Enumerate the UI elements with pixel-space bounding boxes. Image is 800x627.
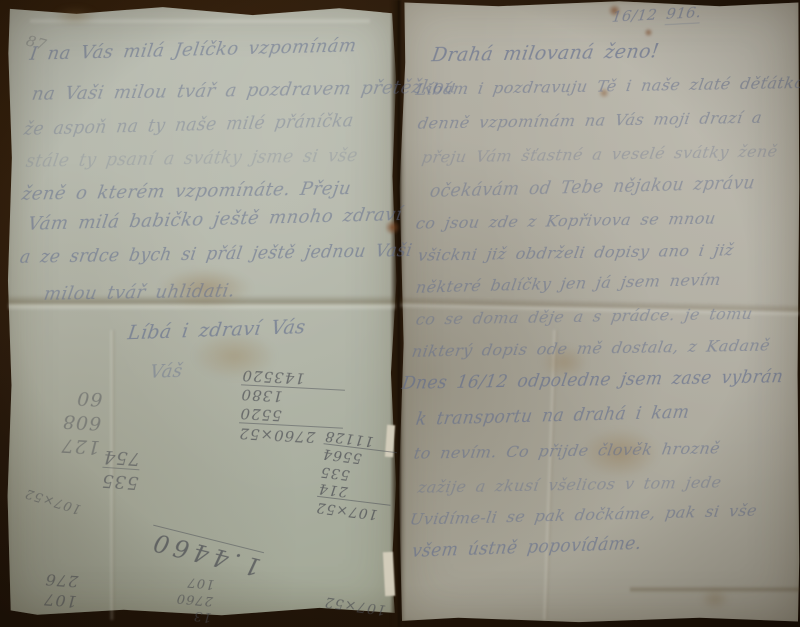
stain — [700, 588, 730, 610]
handwriting-line: Drahá milovaná ženo! — [430, 40, 661, 66]
calc-mult-107: 107×52214535556411128 — [315, 426, 399, 524]
calc-line: 754 — [102, 445, 141, 470]
calc-left-faded: 12760860 — [60, 385, 103, 458]
calc-line: 276 — [44, 569, 79, 591]
calc-corner-276: 107276 — [43, 569, 79, 611]
calc-left-mid: 535754 — [100, 445, 140, 493]
rust-spot — [644, 28, 653, 37]
handwriting-line: milou tvář uhlídati. — [42, 281, 236, 305]
calc-line: 107 — [43, 589, 78, 611]
calc-line: 13 — [174, 605, 212, 624]
stain — [52, 6, 98, 26]
calc-line: 127 — [60, 432, 100, 458]
calc-line: 535 — [100, 467, 139, 493]
date-day: 16/12 — [611, 6, 658, 27]
handwriting-line: Váš — [149, 361, 184, 383]
date-year: 916. — [665, 3, 702, 25]
letter-date: 16/12 916. — [611, 3, 703, 26]
calc-line: 2760 — [175, 589, 213, 608]
calc-line: 608 — [61, 409, 101, 435]
calc-line: 60 — [63, 385, 103, 411]
calc-col-2760: 132760107 — [174, 572, 215, 624]
letter-photo: 16/12 916. I na Vás milá Jelíčko vzpomín… — [0, 0, 800, 627]
